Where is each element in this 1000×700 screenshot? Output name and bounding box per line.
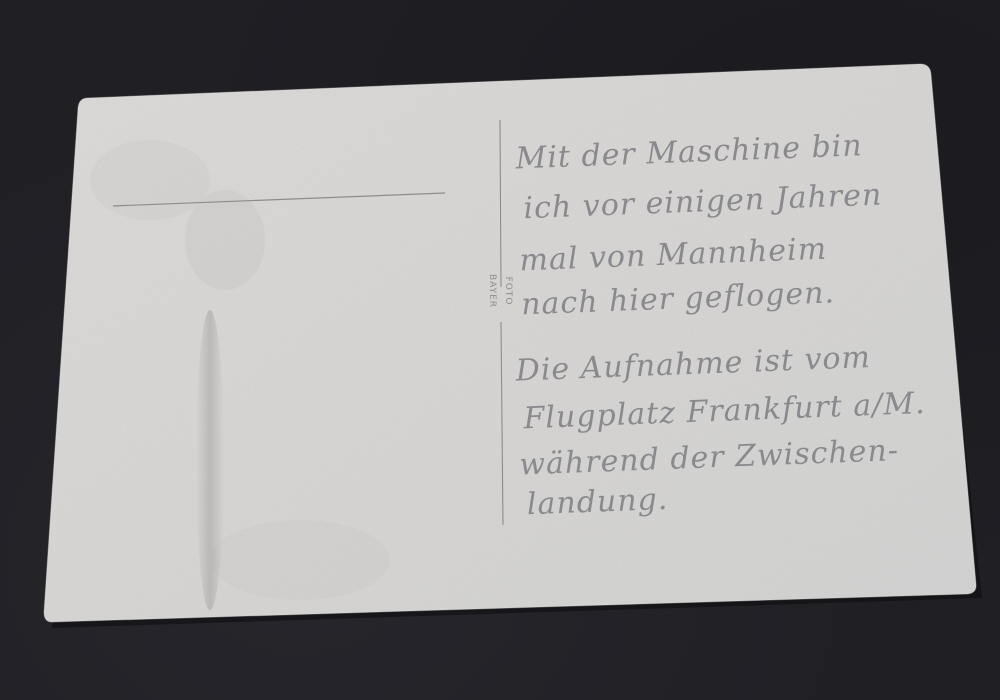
- scene-svg: FOTO BAYER Mit der Maschine bin ich vor …: [0, 0, 1000, 700]
- photo-scene: FOTO BAYER Mit der Maschine bin ich vor …: [0, 0, 1000, 700]
- stamp-line-1: FOTO: [503, 277, 513, 306]
- handwriting-line-8: landung.: [526, 482, 669, 522]
- stamp-line-2: BAYER: [487, 274, 497, 308]
- postcard: FOTO BAYER Mit der Maschine bin ich vor …: [0, 0, 1000, 700]
